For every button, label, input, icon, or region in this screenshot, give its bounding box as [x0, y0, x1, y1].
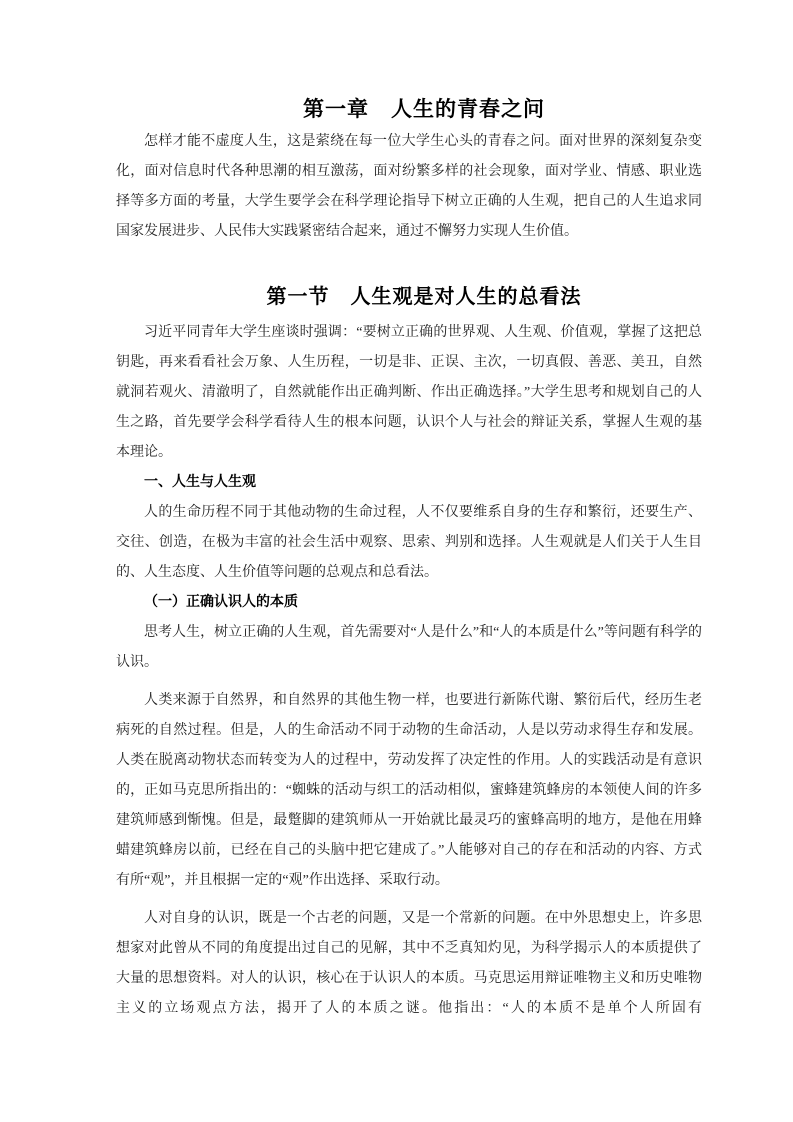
section-title: 第一节 人生观是对人生的总看法 [116, 282, 702, 312]
paragraph-life-outlook: 人的生命历程不同于其他动物的生命过程，人不仅要维系自身的生存和繁衍，还要生产、交… [116, 498, 702, 588]
paragraph-scientific-understanding: 思考人生，树立正确的人生观，首先需要对“人是什么”和“人的本质是什么”等问题有科… [116, 618, 702, 678]
chapter-intro-paragraph: 怎样才能不虚度人生，这是萦绕在每一位大学生心头的青春之问。面对世界的深刻复杂变化… [116, 127, 702, 247]
subheading-human-essence: （一）正确认识人的本质 [116, 588, 702, 618]
chapter-title: 第一章 人生的青春之问 [116, 94, 702, 124]
section-intro-paragraph: 习近平同青年大学生座谈时强调：“要树立正确的世界观、人生观、价值观，掌握了这把总… [116, 318, 702, 468]
subheading-life-and-outlook: 一、人生与人生观 [116, 468, 702, 498]
document-page: 第一章 人生的青春之问 怎样才能不虚度人生，这是萦绕在每一位大学生心头的青春之问… [0, 0, 793, 1122]
paragraph-self-knowledge: 人对自身的认识，既是一个古老的问题，又是一个常新的问题。在中外思想史上，许多思想… [116, 904, 702, 1024]
paragraph-human-origin: 人类来源于自然界，和自然界的其他生物一样，也要进行新陈代谢、繁衍后代，经历生老病… [116, 686, 702, 896]
